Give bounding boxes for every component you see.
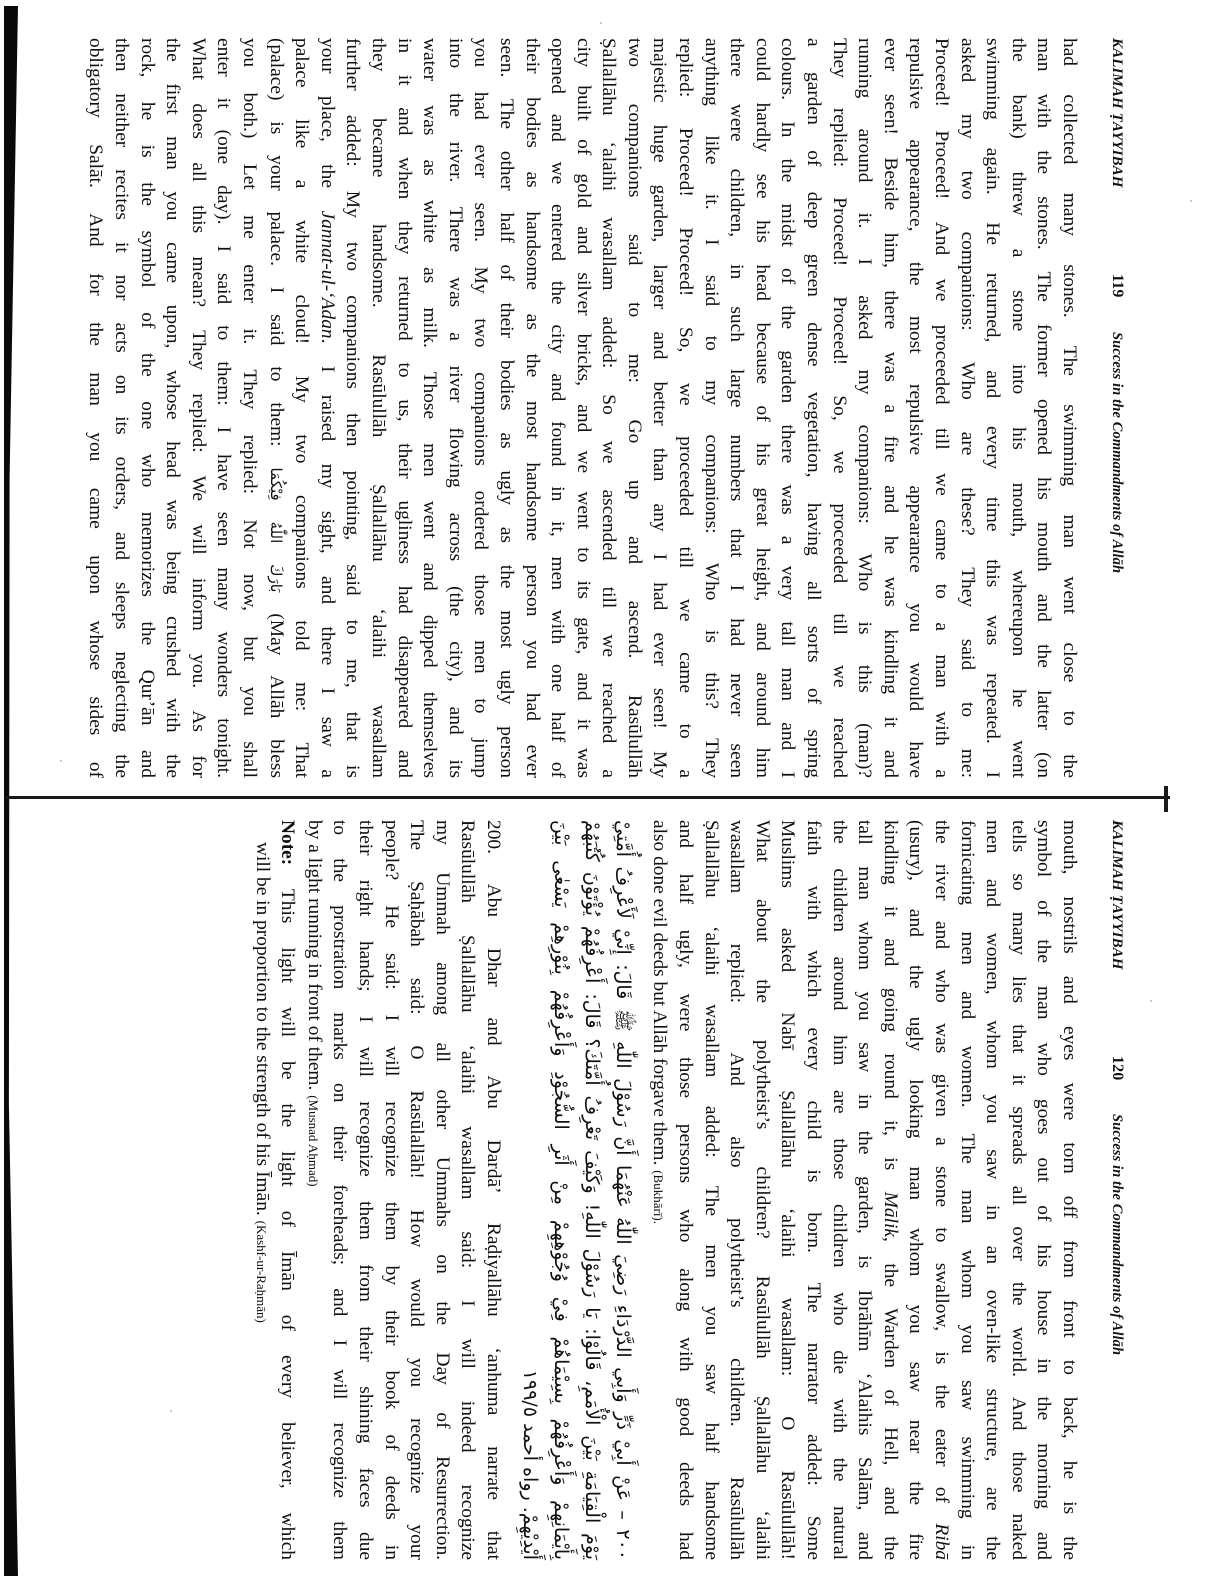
scan-speck [1190, 200, 1192, 202]
text-line: asked my two companions: Who are these? … [954, 38, 980, 778]
text-line: opened and we entered the city and found… [545, 38, 571, 778]
text-line: the first man you came upon, whose head … [160, 38, 186, 778]
text-line: men and women, whom you saw in an oven-l… [980, 820, 1006, 1560]
text-line: rock, he is the symbol of the one who me… [134, 38, 160, 778]
scan-speck [60, 760, 62, 762]
text-line: city built of gold and silver bricks, an… [570, 38, 596, 778]
text-line: repulsive appearance, the most repulsive… [903, 38, 929, 778]
italic-term: Mālik [880, 1192, 901, 1237]
text-line: They replied: Proceed! Proceed! So, we p… [826, 38, 852, 778]
text-line: the bank) threw a stone into his mouth, … [1005, 38, 1031, 778]
text-line: What does all this mean? They replied: W… [185, 38, 211, 778]
text-line: running around it. I asked my companions… [852, 38, 878, 778]
hadith-line: people? He said: I will recognize them b… [378, 820, 404, 1560]
page-120: KALIMAH ṬAYYIBAH 120 Success in the Comm… [100, 820, 1130, 1560]
running-head-book-title: Success in the Commandments of Allāh [1108, 1114, 1125, 1560]
text-line: obligatory Salāt. And for the man you ca… [83, 38, 109, 778]
scan-binding-edge [4, 6, 18, 1576]
text-line: water was as white as milk. Those men we… [417, 38, 443, 778]
text-line: colours. In the midst of the garden ther… [775, 38, 801, 778]
running-head-title: KALIMAH ṬAYYIBAH [1108, 820, 1125, 1056]
text-line: their bodies as handsome as the most han… [519, 38, 545, 778]
page-number: 120 [1108, 1056, 1126, 1114]
text-line: faith with which every child is born. Th… [800, 820, 826, 1560]
text-line: two companions said to me: Go up and asc… [621, 38, 647, 778]
arabic-inline-phrase: بَارَكَ اللّٰهُ فِيْكُمَا [267, 467, 285, 592]
arabic-hadith: ٢٠٠ – عَنْ أَبِيْ ذَرٍّ وَأَبِي الدَّرْد… [514, 820, 638, 1560]
text-line-content: This light will be the light of Īmān of … [277, 889, 298, 1560]
text-line: you had ever seen. My two companions ord… [468, 38, 494, 778]
running-head: KALIMAH ṬAYYIBAH 120 Success in the Comm… [1098, 820, 1130, 1560]
italic-term: Ribā [931, 1523, 952, 1560]
hadith-line: to the prostration marks on their forehe… [327, 820, 353, 1560]
italic-term: Jannat-ul-‘Adan [317, 210, 338, 338]
text-line: Proceed! Proceed! And we proceeded till … [928, 38, 954, 778]
text-line: (palace) is your palace. I said to them:… [262, 38, 289, 778]
arabic-line: ٢٠٠ – عَنْ أَبِيْ ذَرٍّ وَأَبِي الدَّرْد… [607, 820, 638, 1560]
page-number: 119 [1108, 274, 1126, 332]
hadith-line: my Ummah among all other Ummahs on the D… [429, 820, 455, 1560]
text-line: tall man whom you saw in the garden, is … [852, 820, 878, 1560]
running-head-book-title: Success in the Commandments of Allāh [1108, 332, 1125, 778]
note-label: Note: [277, 820, 298, 865]
text-line: kindling it and going round it, is Mālik… [877, 820, 903, 1560]
text-line: your place, the Jannat-ul-‘Adan. I raise… [314, 38, 340, 778]
scan-speck [1150, 1000, 1152, 1002]
text-line: symbol of the man who goes out of his ho… [1031, 820, 1057, 1560]
text-line: in it and when they returned to us, thei… [391, 38, 417, 778]
text-line: there were children, in such large numbe… [724, 38, 750, 778]
text-line: palace like a white cloud! My two compan… [289, 38, 315, 778]
text-line: anything like it. I said to my companion… [698, 38, 724, 778]
note-line: Note: This light will be the light of Īm… [275, 820, 301, 1560]
text-line: seen. The other half of their bodies as … [493, 38, 519, 778]
text-line: the river and who was given a stone to s… [928, 820, 954, 1560]
page-119: KALIMAH ṬAYYIBAH 119 Success in the Comm… [100, 38, 1130, 778]
text-line: Ṣallallāhu ‘alaihi wasallam added: So we… [596, 38, 622, 778]
text-line: Muslims asked Nabī Ṣallallāhu ‘alaihi wa… [775, 820, 801, 1560]
hadith-line: The Ṣaḥābah said: O Rasūlallāh! How woul… [404, 820, 430, 1560]
text-line: then neither recites it nor acts on its … [108, 38, 134, 778]
text-line: Ṣallallāhu ‘alaihi wasallam added: The m… [698, 820, 724, 1560]
text-line: enter it (one day). I said to them: I ha… [211, 38, 237, 778]
arabic-line: أَيْدِيْهِمْ. رواه أحمد ١٩٩/٥ [514, 820, 545, 1560]
page-divider-end-mark [1164, 786, 1168, 812]
text-line: mouth, nostrils and eyes were torn off f… [1056, 820, 1082, 1560]
text-line: swimming again. He returned, and every t… [980, 38, 1006, 778]
text-line: also done evil deeds but Allāh forgave t… [646, 820, 673, 1560]
text-line: ever seen! Beside him, there was a fire … [877, 38, 903, 778]
scan-speck [600, 22, 602, 24]
text-line: man with the stones. The former opened h… [1031, 38, 1057, 778]
text-line-content: will be in proportion to the strength of… [252, 842, 273, 1216]
text-line: and half ugly, were those persons who al… [673, 820, 699, 1560]
arabic-line: بِأَيْمَانِهِمْ وَأَعْرِفُهُمْ بِسِيْمَا… [545, 820, 576, 1560]
text-line: they became handsome. Rasūlullāh Ṣallall… [365, 38, 391, 778]
hadith-line: 200. Abu Dhar and Abu Dardā’ Raḍiyallāhu… [480, 820, 506, 1560]
source-citation: (Bukhārī). [652, 1170, 667, 1224]
text-line-content: by a light running in front of them. [304, 820, 325, 1090]
page-divider [6, 796, 1170, 799]
text-line: What about the polytheist’s children? Ra… [749, 820, 775, 1560]
hadith-line: by a light running in front of them. (Mu… [300, 820, 327, 1560]
source-citation: (Kashf-ur-Raḥmān) [254, 1221, 269, 1323]
body-text: mouth, nostrils and eyes were torn off f… [248, 820, 1082, 1560]
text-line-content: also done evil deeds but Allāh forgave t… [650, 820, 671, 1165]
text-line: further added: My two companions then po… [340, 38, 366, 778]
scan-speck [170, 1410, 172, 1412]
running-head: KALIMAH ṬAYYIBAH 119 Success in the Comm… [1098, 38, 1130, 778]
text-line: the children around him are those childr… [826, 820, 852, 1560]
arabic-line: يَوْمَ الْقِيَامَةِ بَيْنَ الْأُمَمِ، قَ… [576, 820, 607, 1560]
hadith-line: their right hands; I will recognize them… [352, 820, 378, 1560]
hadith-line: Rasūlullāh Ṣallallāhu ‘alaihi wasallam s… [455, 820, 481, 1560]
text-line: had collected many stones. The swimming … [1056, 38, 1082, 778]
source-citation: (Musnad Aḥmad) [306, 1095, 321, 1186]
note-line: will be in proportion to the strength of… [248, 820, 275, 1560]
text-line: could hardly see his head because of his… [749, 38, 775, 778]
text-line: you both.) Let me enter it. They replied… [236, 38, 262, 778]
text-line: (usury), and the ugly looking man whom y… [903, 820, 929, 1560]
body-text: had collected many stones. The swimming … [83, 38, 1082, 778]
text-line: into the river. There was a river flowin… [442, 38, 468, 778]
text-line: replied: Proceed! Proceed! So, we procee… [673, 38, 699, 778]
text-line: wasallam replied: And also polytheist’s … [724, 820, 750, 1560]
running-head-title: KALIMAH ṬAYYIBAH [1108, 38, 1125, 274]
text-line: fornicating men and women. The man whom … [954, 820, 980, 1560]
text-line: tells so many lies that it spreads all o… [1005, 820, 1031, 1560]
text-line: majestic huge garden, larger and better … [647, 38, 673, 778]
text-line: a garden of deep green dense vegetation,… [800, 38, 826, 778]
